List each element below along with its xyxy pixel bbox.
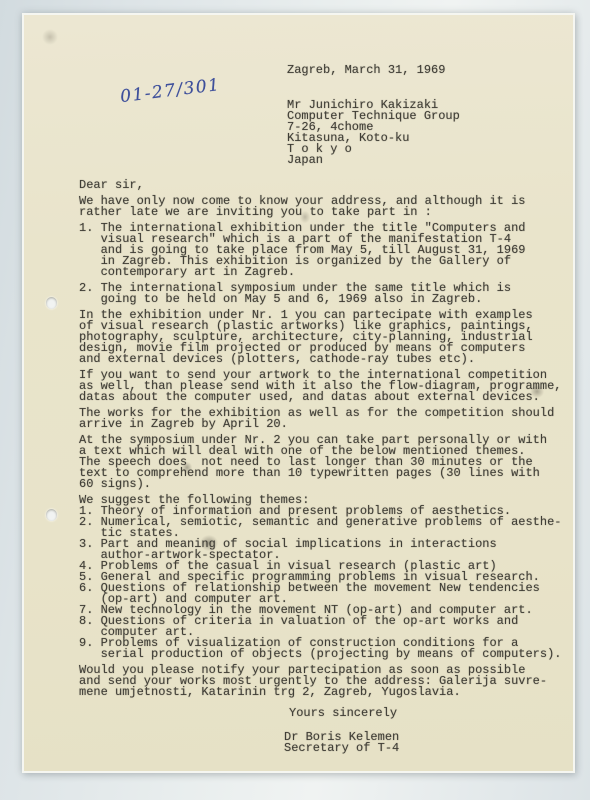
salutation: Dear sir,: [79, 180, 569, 191]
punch-hole-bottom: [46, 509, 57, 521]
recipient-address: Mr Junichiro Kakizaki Computer Technique…: [287, 100, 460, 166]
signature-block: Dr Boris Kelemen Secretary of T-4: [284, 732, 569, 754]
paragraph-notify-address: Would you please notify your partecipati…: [79, 665, 569, 698]
punch-hole-top: [46, 297, 57, 309]
date-line: Zagreb, March 31, 1969: [287, 65, 445, 76]
list-item-exhibition: 1. The international exhibition under th…: [79, 223, 569, 278]
letter-body: Dear sir, We have only now come to know …: [79, 180, 569, 754]
pencil-smudge-top-left: [42, 29, 58, 45]
letter-page: 01-27/301 Zagreb, March 31, 1969 Mr Juni…: [22, 13, 575, 773]
themes-list: We suggest the following themes: 1. Theo…: [79, 495, 569, 660]
paragraph-exhibition-details: In the exhibition under Nr. 1 you can pa…: [79, 310, 569, 365]
list-item-symposium: 2. The international symposium under the…: [79, 283, 569, 305]
paragraph-deadline: The works for the exhibition as well as …: [79, 408, 569, 430]
paragraph-competition: If you want to send your artwork to the …: [79, 370, 569, 403]
closing-valediction: Yours sincerely: [289, 708, 569, 719]
handwritten-reference-number: 01-27/301: [119, 75, 221, 107]
scanner-background: 01-27/301 Zagreb, March 31, 1969 Mr Juni…: [0, 0, 590, 800]
paragraph-symposium-details: At the symposium under Nr. 2 you can tak…: [79, 435, 569, 490]
paragraph-invitation: We have only now come to know your addre…: [79, 196, 569, 218]
